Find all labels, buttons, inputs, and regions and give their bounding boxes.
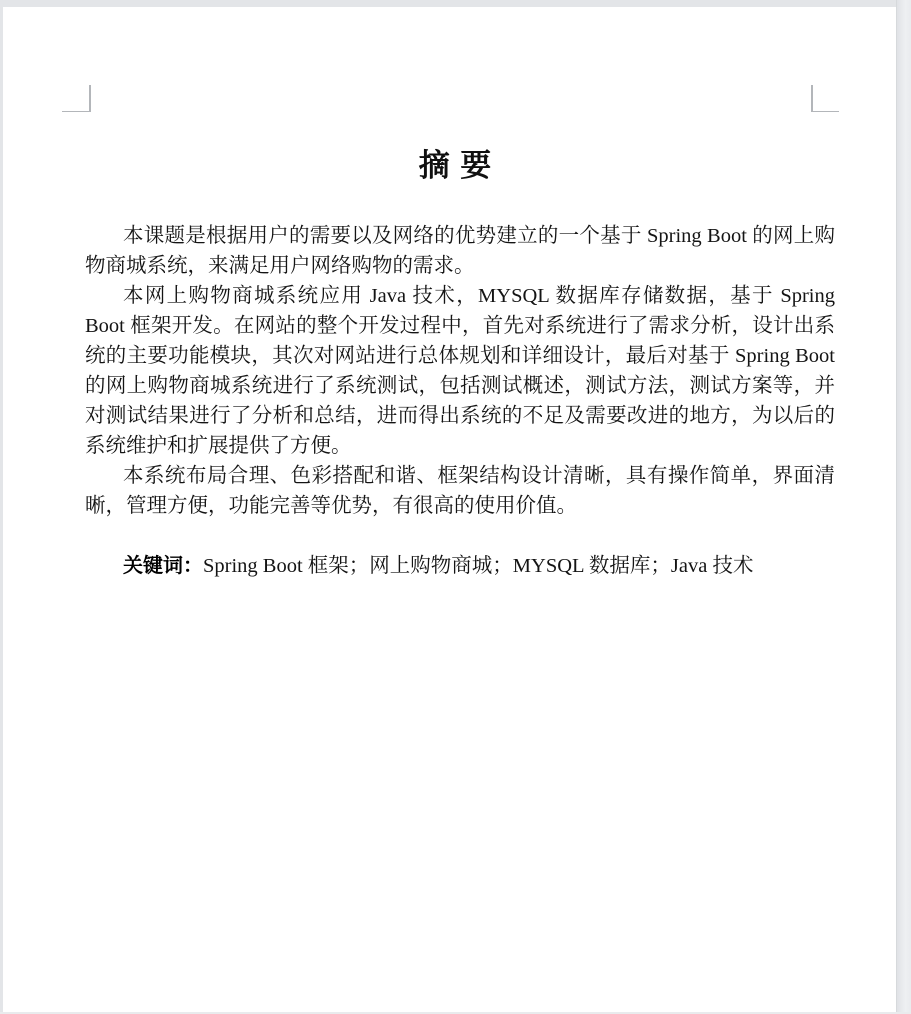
keywords-value: Spring Boot 框架；网上购物商城；MYSQL 数据库；Java 技术 — [203, 555, 753, 577]
keywords-line: 关键词：Spring Boot 框架；网上购物商城；MYSQL 数据库；Java… — [85, 551, 835, 581]
margin-corner-mark-right — [811, 111, 839, 113]
app-background-top — [0, 0, 911, 7]
abstract-paragraph: 本系统布局合理、色彩搭配和谐、框架结构设计清晰，具有操作简单，界面清晰，管理方便… — [85, 461, 835, 521]
abstract-paragraph: 本网上购物商城系统应用 Java 技术，MYSQL 数据库存储数据，基于 Spr… — [85, 281, 835, 461]
margin-corner-mark-right — [811, 85, 813, 112]
document-page: { "page": { "background_color": "#e3e5e8… — [0, 0, 911, 1014]
margin-corner-mark-left — [89, 85, 91, 112]
abstract-title: 摘 要 — [0, 149, 911, 183]
keywords-label: 关键词： — [123, 555, 203, 577]
margin-corner-mark-left — [62, 111, 90, 113]
abstract-paragraph: 本课题是根据用户的需要以及网络的优势建立的一个基于 Spring Boot 的网… — [85, 221, 835, 281]
abstract-body: 本课题是根据用户的需要以及网络的优势建立的一个基于 Spring Boot 的网… — [85, 221, 835, 581]
